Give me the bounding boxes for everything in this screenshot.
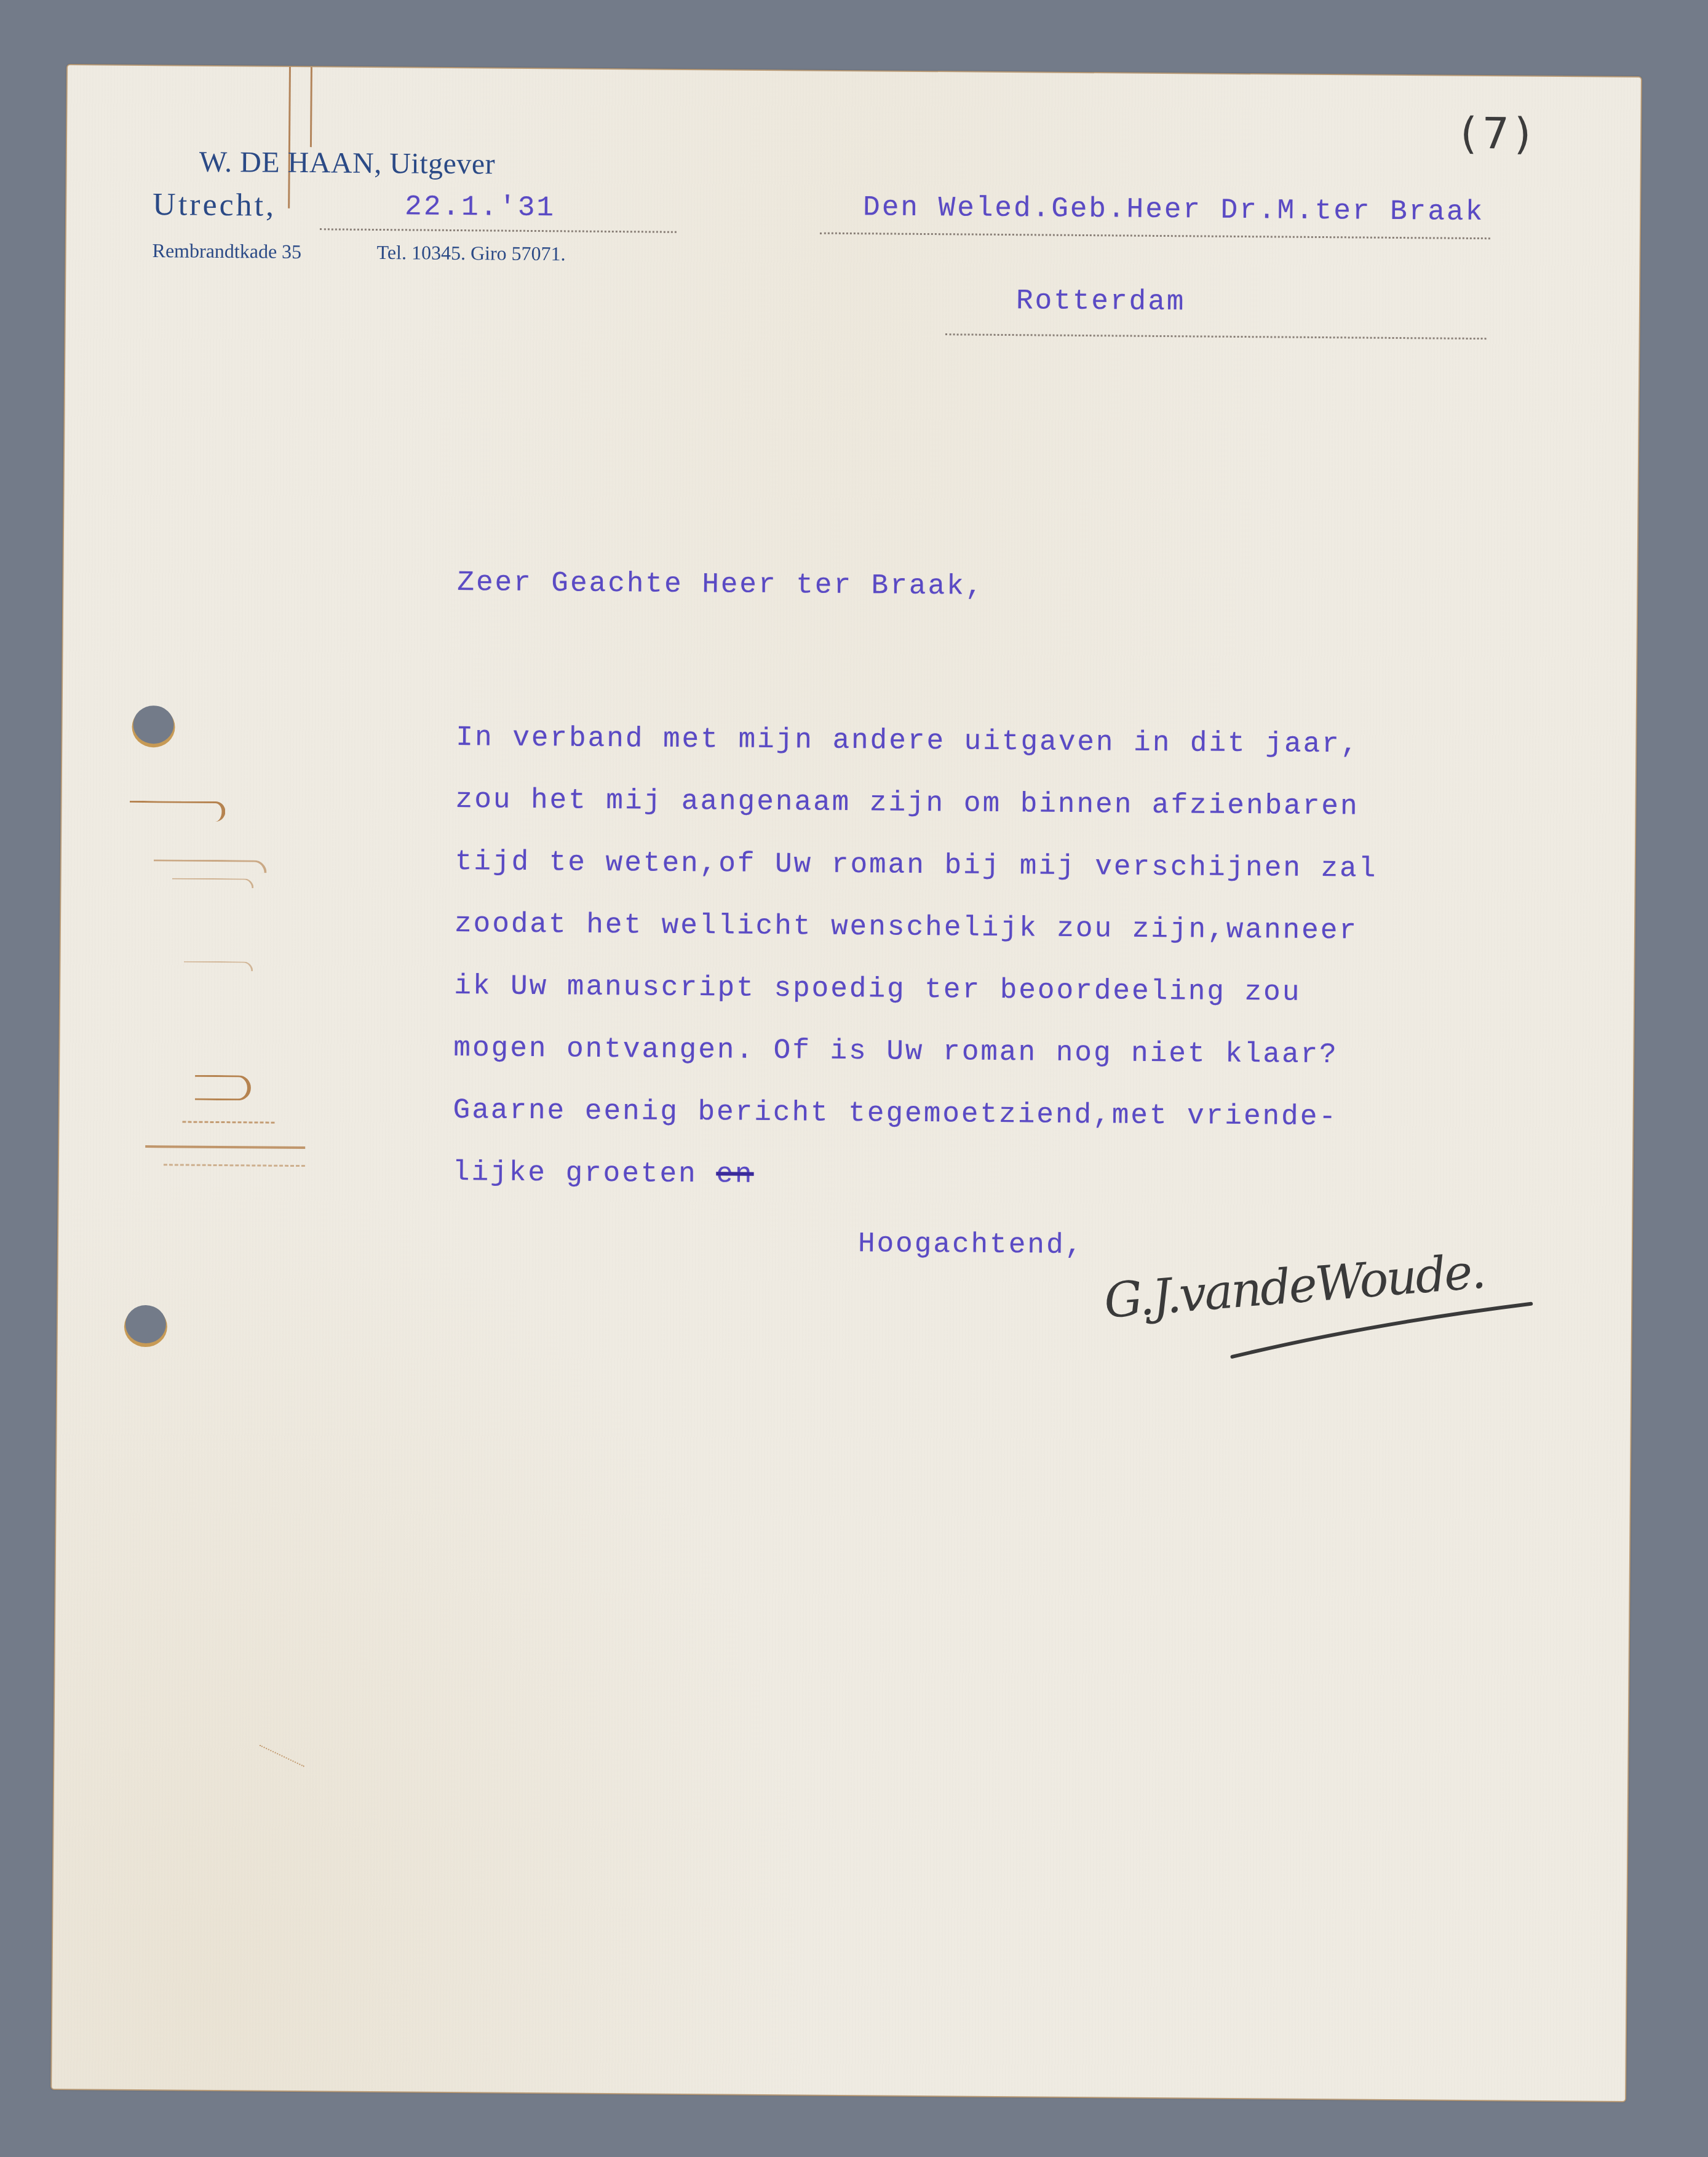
body-line-text: lijke groeten <box>453 1156 697 1190</box>
body-line-last: lijke groeten en <box>453 1156 754 1191</box>
city-dotted-line <box>945 333 1487 340</box>
struck-word: en <box>716 1158 754 1190</box>
signature-underline-icon <box>1090 1242 1535 1381</box>
body-line: ik Uw manuscript spoedig ter beoordeelin… <box>454 970 1301 1009</box>
crease-mark <box>310 67 312 147</box>
signature: G.J.vandeWoude. <box>1090 1242 1535 1381</box>
body-line: zoodat het wellicht wenschelijk zou zijn… <box>455 908 1358 947</box>
archive-number-annotation: (7) <box>1460 108 1536 159</box>
body-line: In verband met mijn andere uitgaven in d… <box>456 721 1359 761</box>
rust-mark <box>195 1075 251 1101</box>
body-line: tijd te weten,of Uw roman bij mij versch… <box>455 846 1378 885</box>
letter-paper: (7) W. DE HAAN, Uitgever Utrecht, 22.1.'… <box>50 64 1642 2102</box>
rust-mark <box>164 1164 305 1167</box>
recipient-name: Den Weled.Geb.Heer Dr.M.ter Braak <box>863 191 1484 228</box>
salutation: Zeer Geachte Heer ter Braak, <box>457 566 984 603</box>
rust-mark <box>183 961 253 972</box>
rust-mark <box>172 878 253 888</box>
letterhead-city: Utrecht, <box>153 186 276 224</box>
recipient-dotted-line <box>820 232 1490 240</box>
rust-mark <box>129 801 225 822</box>
punch-hole <box>133 705 173 744</box>
date-dotted-line <box>320 228 677 233</box>
stray-mark <box>260 1745 304 1767</box>
body-line: zou het mij aangenaam zijn om binnen afz… <box>455 784 1359 823</box>
crease-mark <box>288 67 291 209</box>
rust-mark <box>145 1145 305 1149</box>
letterhead-address: Rembrandtkade 35 <box>152 239 301 263</box>
closing: Hoogachtend, <box>858 1228 1084 1261</box>
recipient-city: Rotterdam <box>1016 285 1186 318</box>
letterhead-publisher: W. DE HAAN, Uitgever <box>199 145 496 181</box>
body-line: mogen ontvangen. Of is Uw roman nog niet… <box>453 1032 1338 1071</box>
rust-mark <box>182 1121 274 1124</box>
letter-date: 22.1.'31 <box>405 191 555 224</box>
letterhead-phone-giro: Tel. 10345. Giro 57071. <box>376 241 565 265</box>
body-line: Gaarne eenig bericht tegemoetziend,met v… <box>453 1094 1338 1133</box>
punch-hole <box>125 1305 166 1344</box>
rust-mark <box>154 859 267 873</box>
